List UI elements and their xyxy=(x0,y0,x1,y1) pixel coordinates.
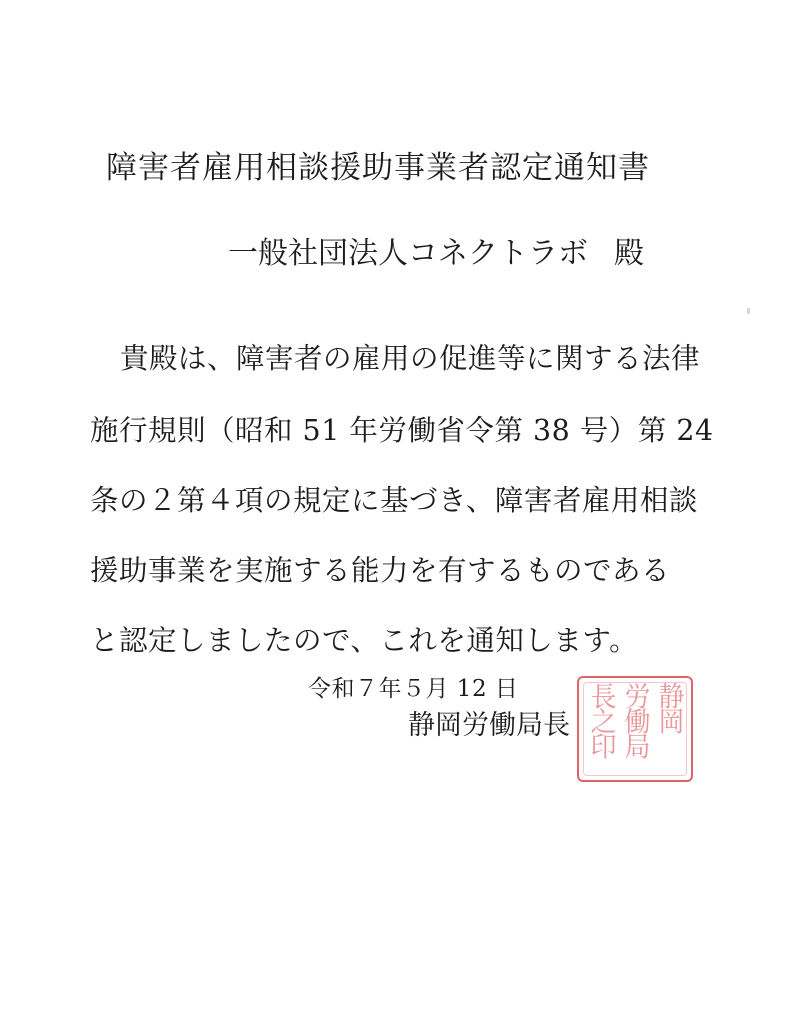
addressee: 一般社団法人コネクトラボ殿 xyxy=(228,228,644,272)
document-title: 障害者雇用相談援助事業者認定通知書 xyxy=(106,142,706,187)
official-seal-icon: 静岡 労働局 長之印 xyxy=(577,676,693,782)
body-line: 条の２第４項の規定に基づき、障害者雇用相談 xyxy=(90,478,698,519)
seal-column: 静岡 xyxy=(653,682,685,777)
addressee-honorific: 殿 xyxy=(614,236,644,271)
scan-speck xyxy=(747,308,750,314)
addressee-name: 一般社団法人コネクトラボ xyxy=(228,236,588,271)
scan-speck xyxy=(371,572,374,575)
seal-column: 長之印 xyxy=(585,682,617,777)
body-line: と認定しましたので、これを通知します。 xyxy=(90,618,638,659)
document-page: 障害者雇用相談援助事業者認定通知書 一般社団法人コネクトラボ殿 貴殿は、障害者の… xyxy=(0,0,795,1024)
body-line: 貴殿は、障害者の雇用の促進等に関する法律 xyxy=(120,336,700,377)
issuer-name: 静岡労働局長 xyxy=(408,703,570,742)
body-line: 施行規則（昭和 51 年労働省令第 38 号）第 24 xyxy=(90,408,714,449)
body-line: 援助事業を実施する能力を有するものである xyxy=(90,548,670,589)
issue-date: 令和７年５月 12 日 xyxy=(308,670,518,703)
seal-column: 労働局 xyxy=(619,682,651,777)
seal-text: 静岡 労働局 長之印 xyxy=(585,684,685,774)
